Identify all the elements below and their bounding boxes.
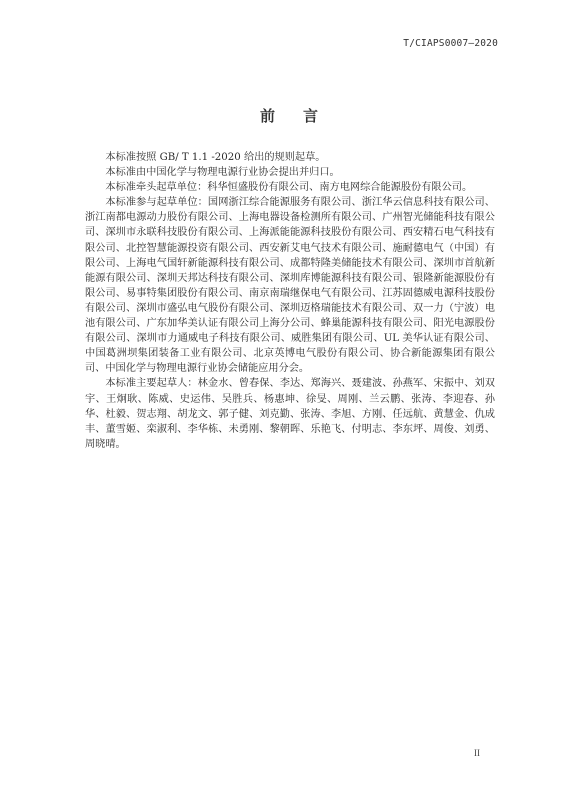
- page-title: 前言: [0, 105, 578, 126]
- paragraph-proposer: 本标准由中国化学与物理电源行业协会提出并归口。: [85, 165, 495, 180]
- paragraph-drafting-rules: 本标准按照 GB/ T 1.1 -2020 给出的规则起草。: [85, 150, 495, 165]
- paragraph-main-drafters: 本标准主要起草人：林金水、曾春保、李达、郑海兴、聂建波、孙燕军、宋振中、刘双宇、…: [85, 376, 495, 451]
- foreword-body: 本标准按照 GB/ T 1.1 -2020 给出的规则起草。 本标准由中国化学与…: [85, 150, 495, 452]
- paragraph-lead-drafters: 本标准牵头起草单位：科华恒盛股份有限公司、南方电网综合能源股份有限公司。: [85, 180, 495, 195]
- standard-code-header: T/CIAPS0007—2020: [403, 38, 498, 49]
- paragraph-participating-units: 本标准参与起草单位：国网浙江综合能源服务有限公司、浙江华云信息科技有限公司、浙江…: [85, 195, 495, 376]
- page-number: II: [474, 748, 480, 758]
